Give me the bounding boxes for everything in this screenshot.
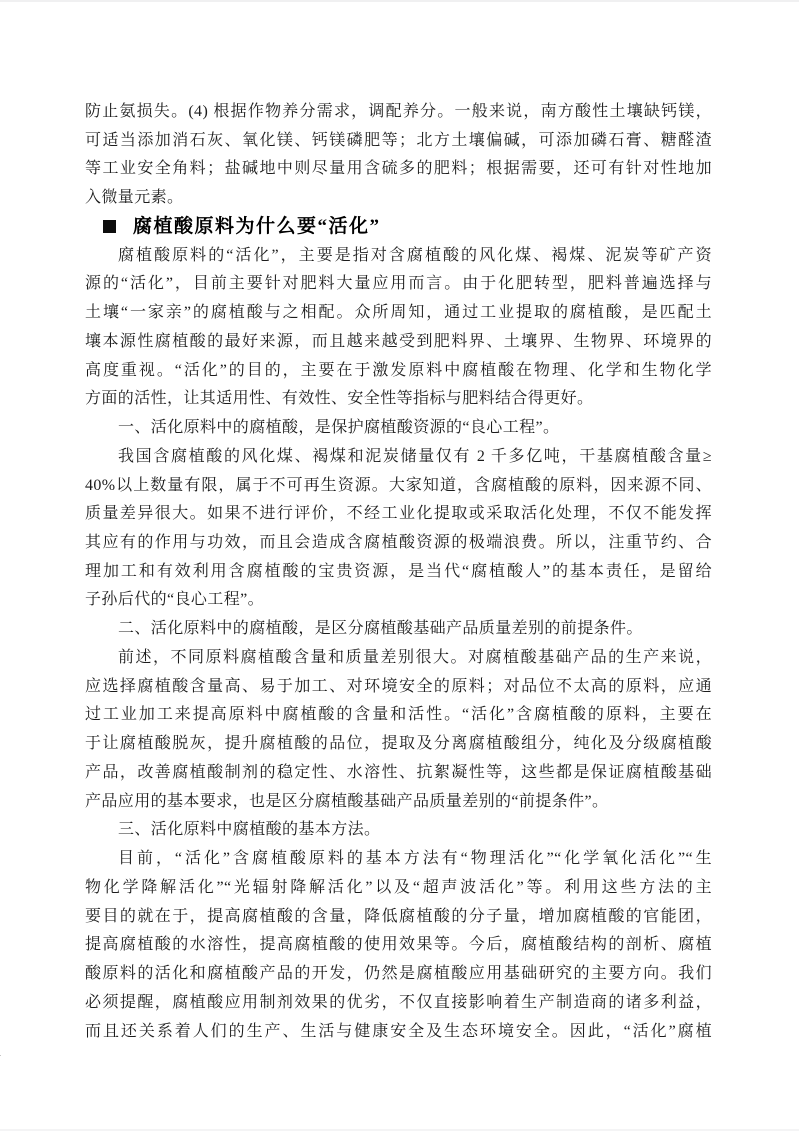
text-line: 目前，“活化”含腐植酸原料的基本方法有“物理活化”“化学氧化活化”“生 [85, 845, 712, 874]
text-line: 应选择腐植酸含量高、易于加工、对环境安全的原料；对品位不太高的原料，应通 [85, 673, 712, 702]
text-line: 前述，不同原料腐植酸含量和质量差别很大。对腐植酸基础产品的生产来说， [85, 644, 712, 673]
text-line: 二、活化原料中的腐植酸，是区分腐植酸基础产品质量差别的前提条件。 [85, 615, 712, 644]
text-line: 三、活化原料中腐植酸的基本方法。 [85, 816, 712, 845]
text-line: 土壤“一家亲”的腐植酸与之相配。众所周知，通过工业提取的腐植酸，是匹配土 [85, 299, 712, 328]
document-page: { "page": { "page_number": "4", "heading… [0, 0, 799, 1131]
text-line: 于让腐植酸脱灰，提升腐植酸的品位，提取及分离腐植酸组分，纯化及分级腐植酸 [85, 730, 712, 759]
text-line: 源的“活化”，目前主要针对肥料大量应用而言。由于化肥转型，肥料普遍选择与 [85, 270, 712, 299]
text-line: 入微量元素。 [85, 184, 712, 213]
text-line: 一、活化原料中的腐植酸，是保护腐植酸资源的“良心工程”。 [85, 414, 712, 443]
text-line: 壤本源性腐植酸的最好来源，而且越来越受到肥料界、土壤界、生物界、环境界的 [85, 328, 712, 357]
black-square-bullet-icon [103, 220, 116, 233]
text-line: 等工业安全角料；盐碱地中则尽量用含硫多的肥料；根据需要，还可有针对性地加 [85, 155, 712, 184]
text-line: 产品应用的基本要求，也是区分腐植酸基础产品质量差别的“前提条件”。 [85, 788, 712, 817]
text-line: 可适当添加消石灰、氧化镁、钙镁磷肥等；北方土壤偏碱，可添加磷石膏、糖醛渣 [85, 127, 712, 156]
text-line: 40%以上数量有限，属于不可再生资源。大家知道，含腐植酸的原料，因来源不同、 [85, 472, 712, 501]
section-heading: 腐植酸原料为什么要“活化” [85, 213, 712, 242]
page-number: 4 [0, 1046, 1, 1063]
text-line: 腐植酸原料的“活化”，主要是指对含腐植酸的风化煤、褐煤、泥炭等矿产资 [85, 242, 712, 271]
text-line: 理加工和有效利用含腐植酸的宝贵资源，是当代“腐植酸人”的基本责任，是留给 [85, 558, 712, 587]
text-line: 产品，改善腐植酸制剂的稳定性、水溶性、抗絮凝性等，这些都是保证腐植酸基础 [85, 759, 712, 788]
text-line: 提高腐植酸的水溶性，提高腐植酸的使用效果等。今后，腐植酸结构的剖析、腐植 [85, 931, 712, 960]
text-block: 防止氨损失。(4) 根据作物养分需求，调配养分。一般来说，南方酸性土壤缺钙镁， … [85, 98, 712, 1046]
text-line: 方面的活性，让其适用性、有效性、安全性等指标与肥料结合得更好。 [85, 385, 712, 414]
text-line: 物化学降解活化”“光辐射降解活化”以及“超声波活化”等。利用这些方法的主 [85, 874, 712, 903]
text-line: 其应有的作用与功效，而且会造成含腐植酸资源的极端浪费。所以，注重节约、合 [85, 529, 712, 558]
text-line: 高度重视。“活化”的目的，主要在于激发原料中腐植酸在物理、化学和生物化学 [85, 357, 712, 386]
text-line: 过工业加工来提高原料中腐植酸的含量和活性。“活化”含腐植酸的原料，主要在 [85, 701, 712, 730]
text-line: 质量差异很大。如果不进行评价，不经工业化提取或采取活化处理，不仅不能发挥 [85, 500, 712, 529]
text-line: 而且还关系着人们的生产、生活与健康安全及生态环境安全。因此，“活化”腐植 [85, 1018, 712, 1047]
text-line: 必须提醒，腐植酸应用制剂效果的优劣，不仅直接影响着生产制造商的诸多利益， [85, 989, 712, 1018]
page-top-edge [0, 0, 799, 2]
section-heading-text: 腐植酸原料为什么要“活化” [133, 216, 381, 237]
text-line: 酸原料的活化和腐植酸产品的开发，仍然是腐植酸应用基础研究的主要方向。我们 [85, 960, 712, 989]
text-line: 子孙后代的“良心工程”。 [85, 586, 712, 615]
text-line: 防止氨损失。(4) 根据作物养分需求，调配养分。一般来说，南方酸性土壤缺钙镁， [85, 98, 712, 127]
text-line: 我国含腐植酸的风化煤、褐煤和泥炭储量仅有 2 千多亿吨，干基腐植酸含量≥ [85, 443, 712, 472]
text-line: 要目的就在于，提高腐植酸的含量，降低腐植酸的分子量，增加腐植酸的官能团， [85, 903, 712, 932]
